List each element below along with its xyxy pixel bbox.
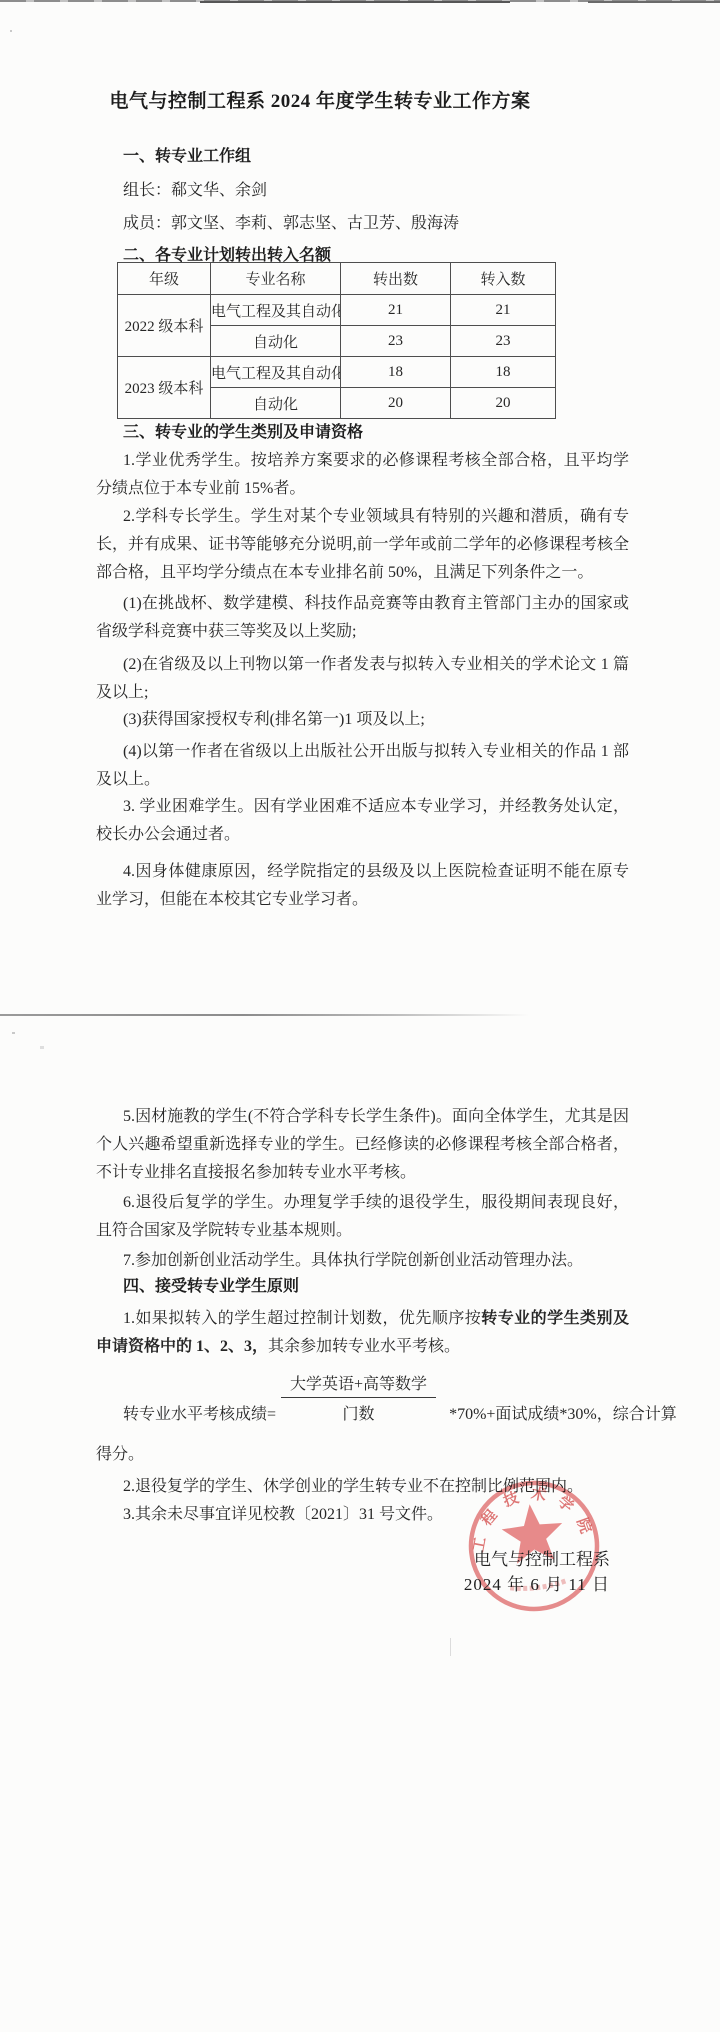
formula-rhs: *70%+面试成绩*30%，综合计算: [449, 1401, 677, 1424]
paragraph: 1.学业优秀学生。按培养方案要求的必修课程考核全部合格，且平均学分绩点位于本专业…: [96, 447, 629, 503]
cell-out: 18: [341, 357, 451, 388]
cell-in: 21: [451, 295, 556, 326]
document-title: 电气与控制工程系 2024 年度学生转专业工作方案: [40, 86, 600, 113]
paragraph: 5.因材施教的学生(不符合学科专长学生条件)。面向全体学生，尤其是因个人兴趣希望…: [96, 1103, 629, 1187]
scanned-document-page: 电气与控制工程系 2024 年度学生转专业工作方案 一、转专业工作组 组长：郗文…: [0, 0, 720, 2032]
paragraph: 7.参加创新创业活动学生。具体执行学院创新创业活动管理办法。: [96, 1247, 629, 1275]
formula-denominator: 门数: [343, 1398, 375, 1424]
col-header-major: 专业名称: [211, 263, 341, 295]
signature-department: 电气与控制工程系: [96, 1546, 610, 1574]
cell-grade: 2023 级本科: [118, 357, 211, 419]
section4-heading: 四、接受转专业学生原则: [96, 1273, 629, 1301]
cell-out: 23: [341, 326, 451, 357]
section1-heading: 一、转专业工作组: [96, 143, 629, 171]
formula-lhs: 转专业水平考核成绩=: [123, 1401, 276, 1424]
formula-fraction: 大学英语+高等数学 门数: [281, 1371, 436, 1424]
cell-in: 23: [451, 326, 556, 357]
col-header-out: 转出数: [341, 263, 451, 295]
cell-in: 20: [451, 388, 556, 419]
table-row: 2022 级本科 电气工程及其自动化 21 21: [118, 295, 556, 326]
text-segment: 1.如果拟转入的学生超过控制计划数，优先顺序按: [123, 1310, 481, 1327]
cell-grade: 2022 级本科: [118, 295, 211, 357]
leader-line: 组长：郗文华、余剑: [96, 177, 629, 205]
cell-out: 21: [341, 295, 451, 326]
paragraph: 2.学科专长学生。学生对某个专业领域具有特别的兴趣和潜质，确有专长，并有成果、证…: [96, 503, 629, 587]
formula-tail: 得分。: [96, 1441, 629, 1469]
table-header-row: 年级 专业名称 转出数 转入数: [118, 263, 556, 295]
formula-numerator: 大学英语+高等数学: [281, 1371, 436, 1398]
table-row: 2023 级本科 电气工程及其自动化 18 18: [118, 357, 556, 388]
cell-major: 电气工程及其自动化: [211, 295, 341, 326]
scan-artifact-line: [588, 1, 720, 3]
cell-major: 电气工程及其自动化: [211, 357, 341, 388]
col-header-grade: 年级: [118, 263, 211, 295]
section3-heading: 三、转专业的学生类别及申请资格: [96, 419, 629, 447]
paragraph: 6.退役后复学的学生。办理复学手续的退役学生，服役期间表现良好，且符合国家及学院…: [96, 1189, 629, 1245]
scan-speck: [10, 30, 12, 32]
col-header-in: 转入数: [451, 263, 556, 295]
paragraph: 3. 学业困难学生。因有学业困难不适应本专业学习，并经教务处认定，校长办公会通过…: [96, 793, 629, 849]
scan-speck: [12, 1032, 15, 1034]
signature-date: 2024 年 6 月 11 日: [96, 1571, 610, 1599]
scan-speck: [40, 1046, 44, 1049]
paragraph: 1.如果拟转入的学生超过控制计划数，优先顺序按转专业的学生类别及申请资格中的 1…: [96, 1305, 629, 1361]
cell-major: 自动化: [211, 388, 341, 419]
cell-out: 20: [341, 388, 451, 419]
scan-artifact-line: [200, 1, 510, 3]
paragraph: (3)获得国家授权专利(排名第一)1 项及以上;: [96, 706, 629, 734]
paragraph: (2)在省级及以上刊物以第一作者发表与拟转入专业相关的学术论文 1 篇及以上;: [96, 651, 629, 707]
cell-major: 自动化: [211, 326, 341, 357]
paragraph: (1)在挑战杯、数学建模、科技作品竞赛等由教育主管部门主办的国家或省级学科竞赛中…: [96, 590, 629, 646]
score-formula: 转专业水平考核成绩= 大学英语+高等数学 门数 *70%+面试成绩*30%，综合…: [96, 1371, 677, 1424]
cell-in: 18: [451, 357, 556, 388]
paragraph: (4)以第一作者在省级以上出版社公开出版与拟转入专业相关的作品 1 部及以上。: [96, 738, 629, 794]
text-segment: 其余参加转专业水平考核。: [268, 1338, 460, 1355]
members-line: 成员：郭文坚、李莉、郭志坚、古卫芳、殷海涛: [96, 210, 629, 238]
scan-speck: [450, 1638, 451, 1656]
page-break-line: [0, 1014, 540, 1016]
paragraph: 4.因身体健康原因，经学院指定的县级及以上医院检查证明不能在原专业学习，但能在本…: [96, 858, 629, 914]
quota-table: 年级 专业名称 转出数 转入数 2022 级本科 电气工程及其自动化 21 21…: [117, 262, 556, 419]
